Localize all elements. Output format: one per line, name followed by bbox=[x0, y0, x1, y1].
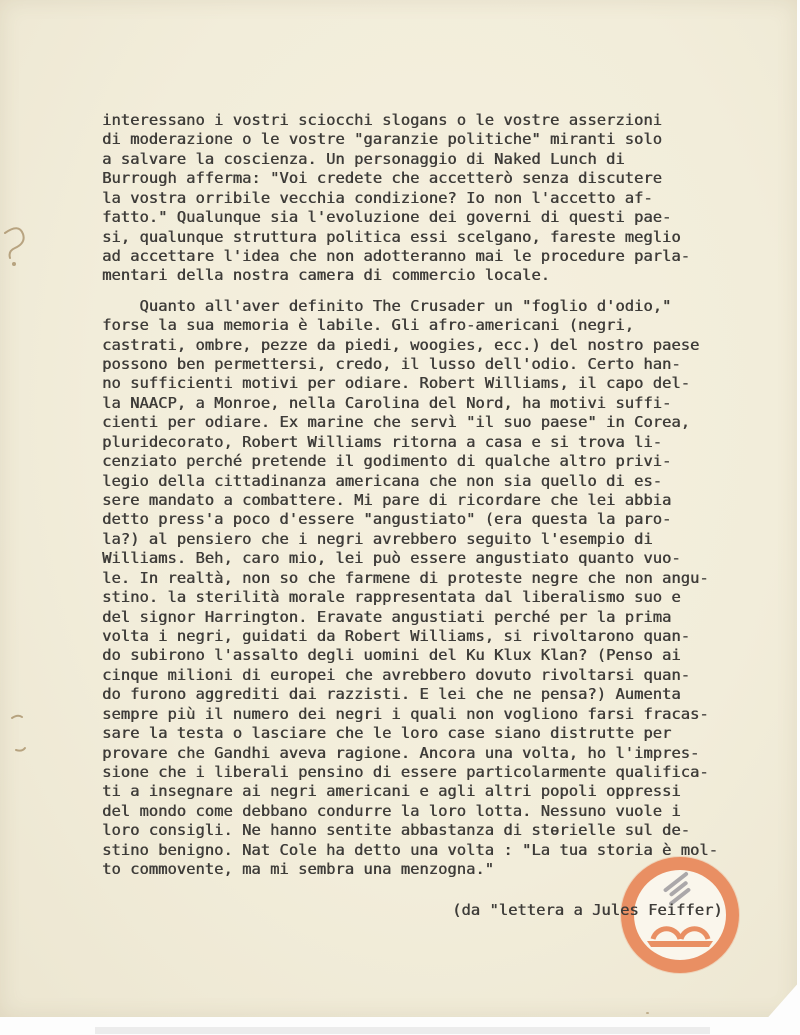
open-book-icon bbox=[645, 917, 715, 953]
pencil-margin-marks bbox=[0, 0, 70, 800]
scanned-paper-page: interessano i vostri sciocchi slogans o … bbox=[0, 0, 797, 1017]
typed-text-block: interessano i vostri sciocchi slogans o … bbox=[102, 111, 762, 879]
paragraph-1: interessano i vostri sciocchi slogans o … bbox=[102, 111, 762, 286]
paper-speck bbox=[646, 1012, 649, 1014]
attribution-line: (da "lettera a Jules Feiffer) bbox=[452, 901, 723, 920]
paragraph-2: Quanto all'aver definito The Crusader un… bbox=[102, 297, 762, 880]
scan-edge-artifact bbox=[95, 1027, 710, 1034]
